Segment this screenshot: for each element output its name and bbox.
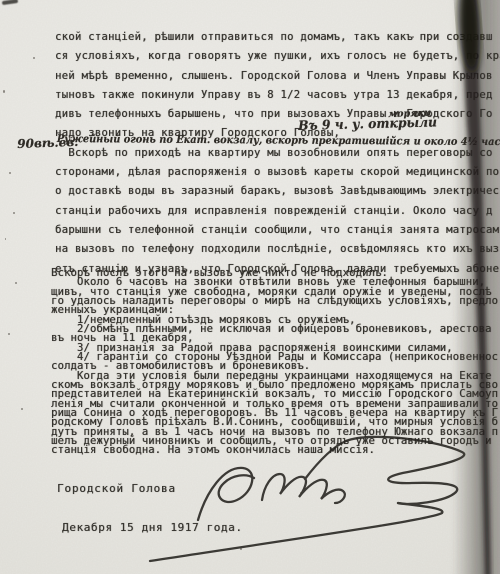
handwritten-margin-note: 90вѣ.ев. xyxy=(17,135,79,151)
typed-paragraph-block-2: Вскорѣ послѣ этого на вызовъ уже никто н… xyxy=(51,269,500,456)
scan-speck xyxy=(300,492,302,494)
typed-line: тыновъ также покинули Управу въ 8 1/2 ча… xyxy=(55,86,500,105)
typed-line: барышни съ телефонной станціи сообщили, … xyxy=(55,221,500,240)
typed-line: станція свободна. На этомъ окончилась на… xyxy=(51,446,500,455)
scan-speck xyxy=(412,36,414,38)
scan-speck xyxy=(13,212,15,214)
typed-line: о доставкѣ воды въ заразный баракъ, вызо… xyxy=(55,182,500,201)
typed-line: сторонами, дѣлая распоряженія о вызовѣ к… xyxy=(55,163,500,182)
scan-speck xyxy=(3,90,5,93)
scan-speck xyxy=(33,57,35,59)
scan-speck xyxy=(9,172,11,174)
scan-speck xyxy=(8,333,10,335)
document-date: Декабря 15 дня 1917 года. xyxy=(62,521,243,534)
typed-line: ской станціей, рѣшили отправиться по дом… xyxy=(55,28,500,47)
signer-title: Городской Голова xyxy=(57,482,176,495)
scan-speck xyxy=(240,548,242,550)
typed-line: станціи рабочихъ для исправленія поврежд… xyxy=(55,202,500,221)
typed-line: на вызовъ по телефону подходили послѣдні… xyxy=(55,240,500,259)
typed-line: ней мѣрѣ временно, слышенъ. Городской Го… xyxy=(55,67,500,86)
scan-speck xyxy=(15,282,17,284)
typed-paragraph-block-1: ской станціей, рѣшили отправиться по дом… xyxy=(55,28,500,279)
scan-speck xyxy=(5,238,6,240)
scanned-document-page: ской станціей, рѣшили отправиться по дом… xyxy=(0,0,500,574)
scan-corner-mark xyxy=(2,0,18,5)
typed-line: ся условіяхъ, когда говорятъ уже пушки, … xyxy=(55,47,500,66)
scan-speck xyxy=(21,408,23,410)
